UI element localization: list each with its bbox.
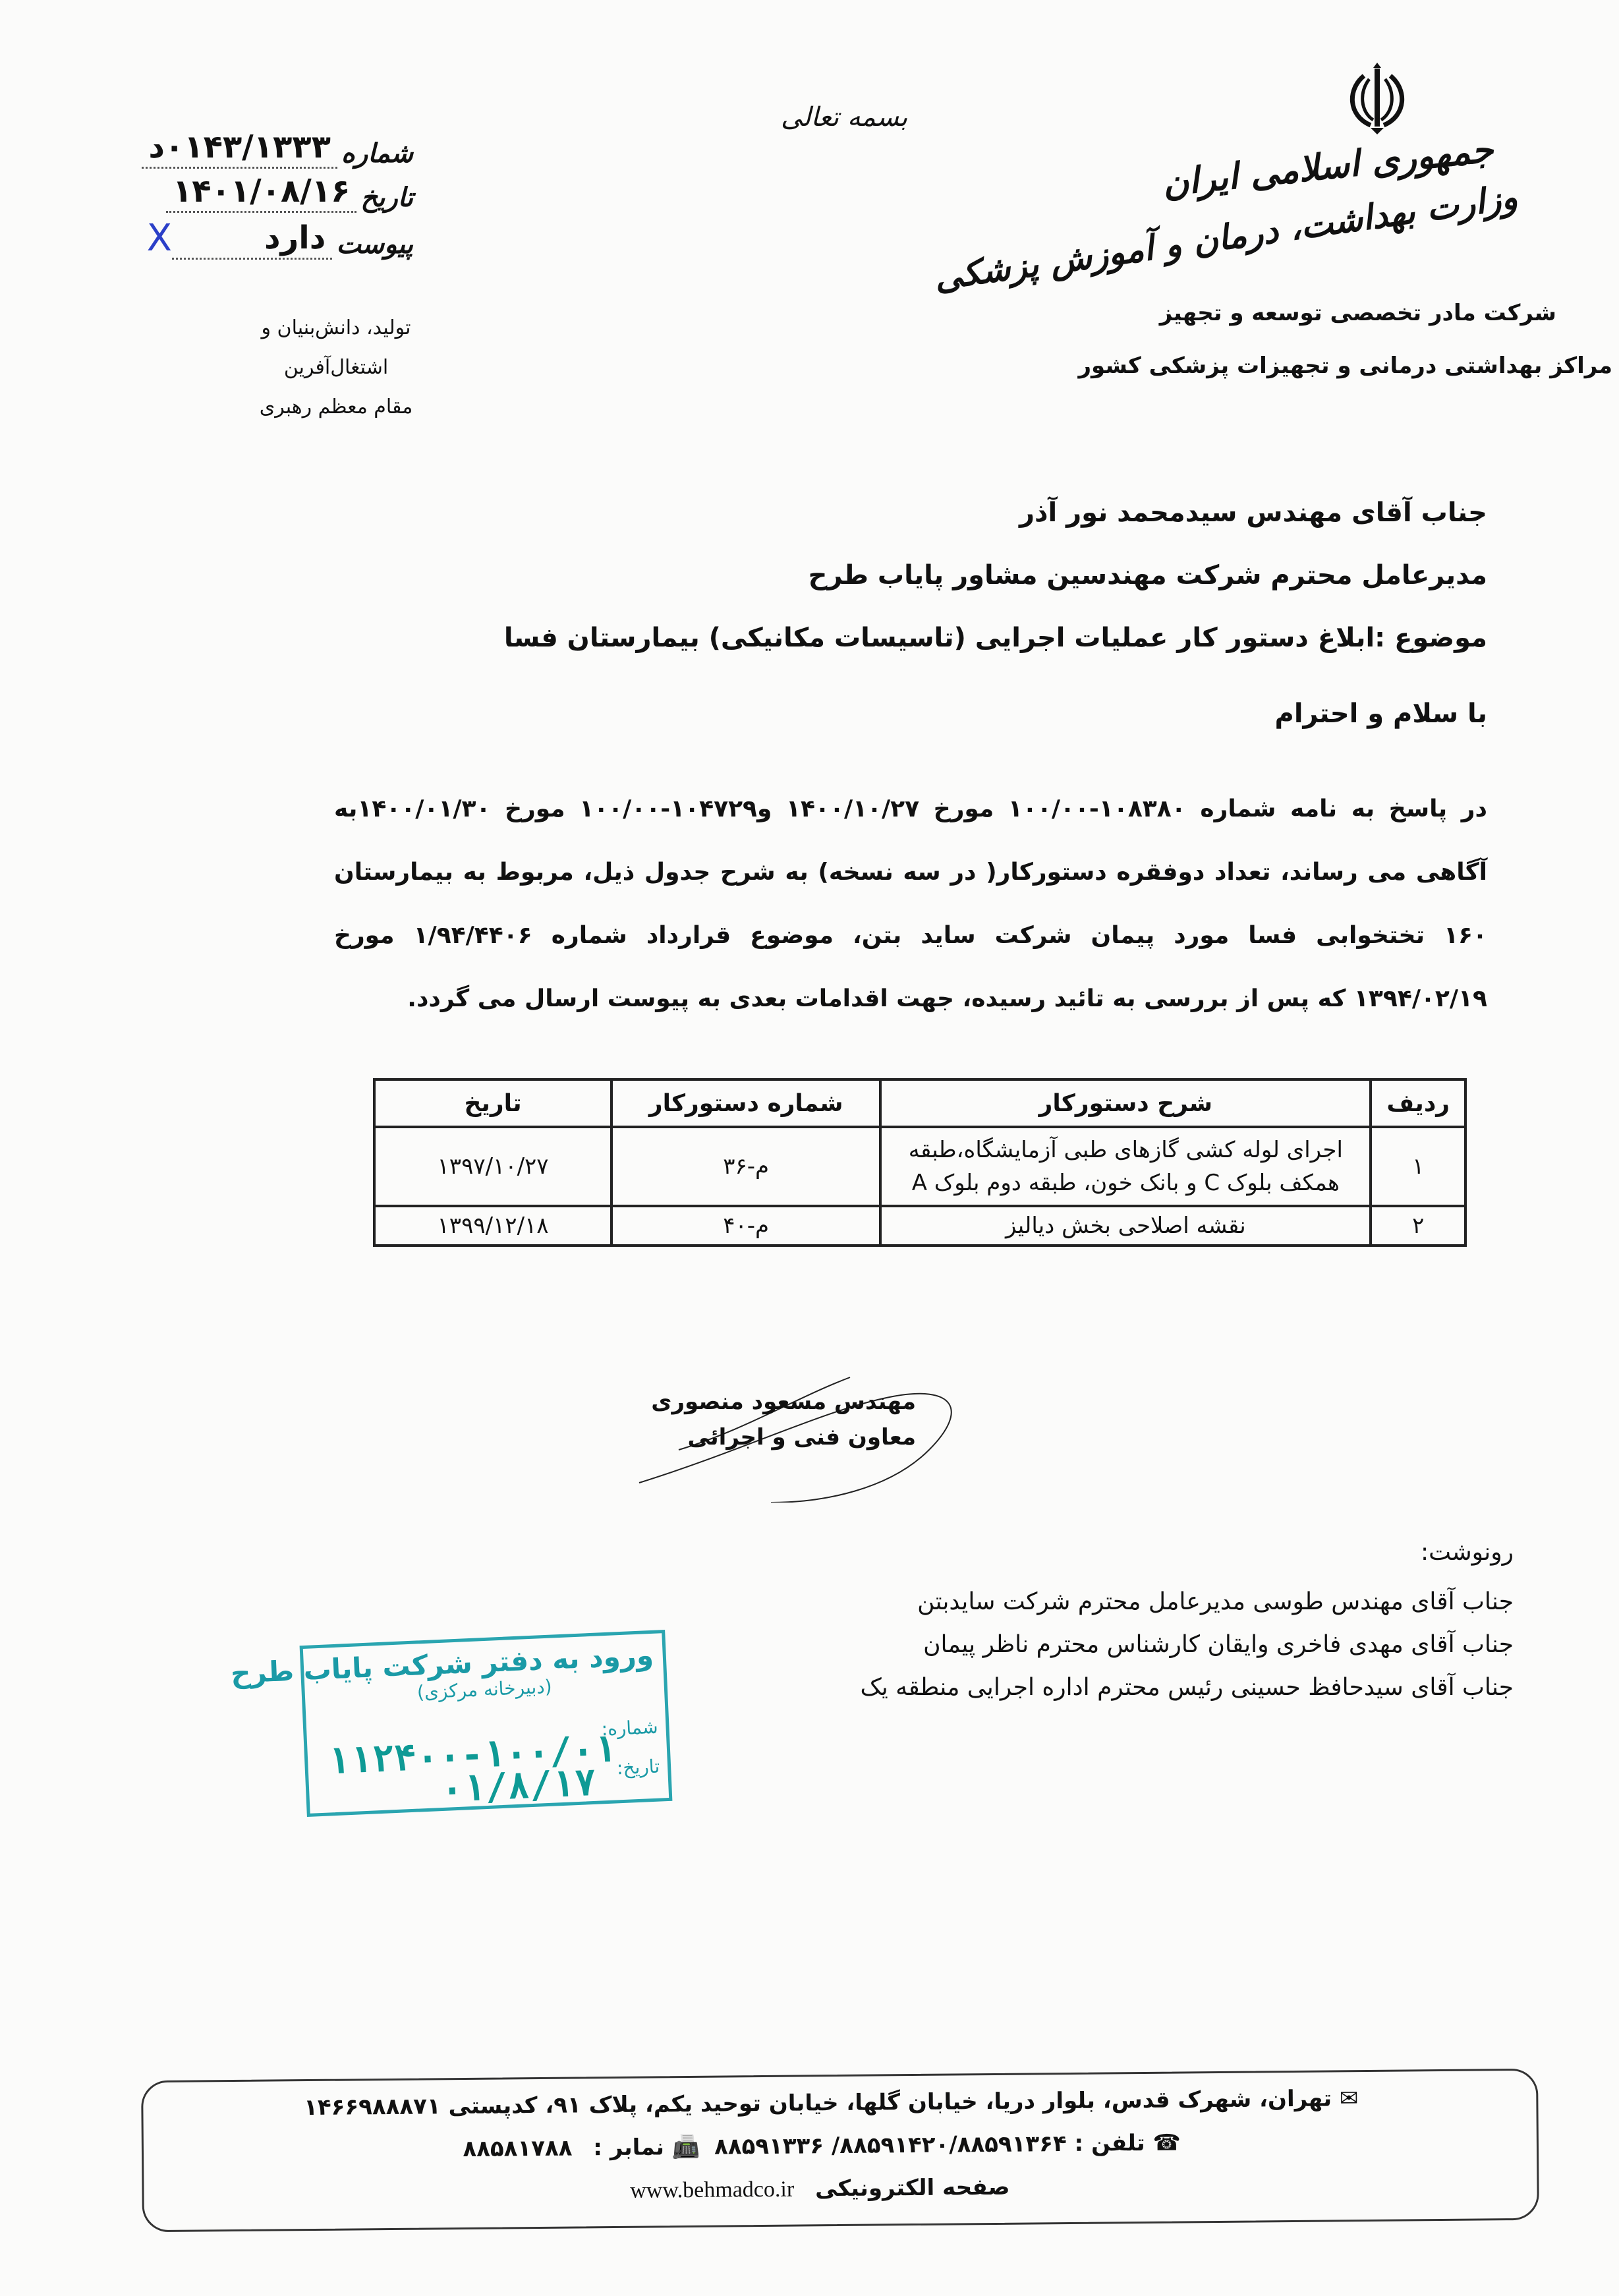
cc-item: جناب آقای سیدحافظ حسینی رئیس محترم اداره… bbox=[860, 1674, 1514, 1701]
fax-label: نمابر : bbox=[593, 2134, 664, 2161]
iran-emblem-icon bbox=[1344, 59, 1410, 138]
col-description: شرح دستورکار bbox=[880, 1079, 1371, 1127]
org-name-line2: مراکز بهداشتی درمانی و تجهیزات پزشکی کشو… bbox=[1078, 353, 1612, 379]
cc-label: رونوشت: bbox=[1421, 1539, 1514, 1566]
footer-contact-box: ✉ تهران، شهرک قدس، بلوار دریا، خیابان گل… bbox=[141, 2069, 1539, 2232]
footer-phones: ☎ تلفن : ۸۸۵۹۱۴۲۰/۸۸۵۹۱۳۶۴/ ۸۸۵۹۱۳۳۶ 📠 ن… bbox=[463, 2129, 1181, 2162]
meta-number: شماره ۰۱۴۳/۱۳۳۳د bbox=[142, 129, 413, 169]
date-value: ۱۴۰۱/۰۸/۱۶ bbox=[166, 173, 356, 213]
slogan-line1: تولید، دانش‌بنیان و اشتغال‌آفرین bbox=[211, 308, 461, 387]
signature-block: مهندس مسعود منصوری معاون فنی و اجرائی bbox=[613, 1371, 982, 1503]
recipient-title: مدیرعامل محترم شرکت مهندسین مشاور پایاب … bbox=[809, 560, 1487, 590]
attachment-value: دارد bbox=[172, 219, 332, 260]
meta-date: تاریخ ۱۴۰۱/۰۸/۱۶ bbox=[142, 173, 413, 213]
cell-order-number: م-۴۰ bbox=[611, 1206, 880, 1246]
bismillah: بسمه تعالی bbox=[781, 102, 907, 132]
website-label: صفحه الکترونیکی bbox=[815, 2174, 1010, 2202]
number-label: شماره bbox=[341, 138, 413, 169]
col-row: ردیف bbox=[1371, 1079, 1465, 1127]
subject-line: موضوع :ابلاغ دستور کار عملیات اجرایی (تا… bbox=[504, 623, 1487, 653]
phone-value: ۸۸۵۹۱۴۲۰/۸۸۵۹۱۳۶۴/ ۸۸۵۹۱۳۳۶ bbox=[714, 2131, 1067, 2160]
greeting: با سلام و احترام bbox=[1275, 699, 1487, 729]
receipt-stamp: ورود به دفتر شرکت پایاب طرح (دبیرخانه مر… bbox=[300, 1630, 673, 1817]
stamp-date-label: تاریخ: bbox=[616, 1756, 660, 1779]
cell-row: ۲ bbox=[1371, 1206, 1465, 1246]
cc-item: جناب آقای مهندس طوسی مدیرعامل محترم شرکت… bbox=[917, 1588, 1514, 1615]
cc-item: جناب آقای مهدی فاخری وایقان کارشناس محتر… bbox=[923, 1631, 1514, 1658]
fax-icon: 📠 bbox=[672, 2134, 700, 2160]
work-orders-table: ردیف شرح دستورکار شماره دستورکار تاریخ ۱… bbox=[373, 1078, 1467, 1247]
website-link[interactable]: www.behmadco.ir bbox=[630, 2177, 794, 2203]
attachment-x-mark: X bbox=[147, 217, 172, 260]
meta-attachment: X پیوست دارد bbox=[142, 217, 413, 260]
table-row: ۲ نقشه اصلاحی بخش دیالیز م-۴۰ ۱۳۹۹/۱۲/۱۸ bbox=[374, 1206, 1465, 1246]
recipient-name: جناب آقای مهندس سیدمحمد نور آذر bbox=[1019, 498, 1487, 528]
cell-date: ۱۳۹۹/۱۲/۱۸ bbox=[374, 1206, 611, 1246]
slogan: تولید، دانش‌بنیان و اشتغال‌آفرین مقام مع… bbox=[211, 308, 461, 427]
date-label: تاریخ bbox=[360, 182, 413, 213]
cell-row: ۱ bbox=[1371, 1127, 1465, 1206]
cell-description: نقشه اصلاحی بخش دیالیز bbox=[880, 1206, 1371, 1246]
address-text: تهران، شهرک قدس، بلوار دریا، خیابان گلها… bbox=[304, 2085, 1332, 2121]
body-paragraph: در پاسخ به نامه شماره ۱۰۸۳۸۰-۱۰۰/۰۰ مورخ… bbox=[334, 778, 1487, 1031]
col-date: تاریخ bbox=[374, 1079, 611, 1127]
attachment-label: پیوست bbox=[336, 229, 413, 260]
fax-value: ۸۸۵۸۱۷۸۸ bbox=[463, 2135, 572, 2162]
signatory: مهندس مسعود منصوری معاون فنی و اجرائی bbox=[651, 1384, 916, 1455]
phone-label: تلفن : bbox=[1074, 2130, 1145, 2157]
number-value: ۰۱۴۳/۱۳۳۳د bbox=[142, 129, 337, 169]
slogan-attribution: مقام معظم رهبری bbox=[211, 387, 461, 427]
signatory-name: مهندس مسعود منصوری bbox=[651, 1384, 916, 1420]
mail-icon: ✉ bbox=[1340, 2085, 1359, 2111]
cell-description: اجرای لوله کشی گازهای طبی آزمایشگاه،طبقه… bbox=[880, 1127, 1371, 1206]
table-header-row: ردیف شرح دستورکار شماره دستورکار تاریخ bbox=[374, 1079, 1465, 1127]
footer-address: ✉ تهران، شهرک قدس، بلوار دریا، خیابان گل… bbox=[304, 2085, 1359, 2121]
signatory-title: معاون فنی و اجرائی bbox=[651, 1420, 916, 1455]
stamp-date-value: ۰۱/۸/۱۷ bbox=[440, 1762, 598, 1811]
table-row: ۱ اجرای لوله کشی گازهای طبی آزمایشگاه،طب… bbox=[374, 1127, 1465, 1206]
col-order-number: شماره دستورکار bbox=[611, 1079, 880, 1127]
footer-website: صفحه الکترونیکی www.behmadco.ir bbox=[630, 2174, 1010, 2204]
phone-icon: ☎ bbox=[1152, 2129, 1181, 2156]
cell-date: ۱۳۹۷/۱۰/۲۷ bbox=[374, 1127, 611, 1206]
meta-block: شماره ۰۱۴۳/۱۳۳۳د تاریخ ۱۴۰۱/۰۸/۱۶ X پیوس… bbox=[142, 129, 413, 260]
org-name-line1: شرکت مادر تخصصی توسعه و تجهیز bbox=[1160, 300, 1556, 326]
cell-order-number: م-۳۶ bbox=[611, 1127, 880, 1206]
